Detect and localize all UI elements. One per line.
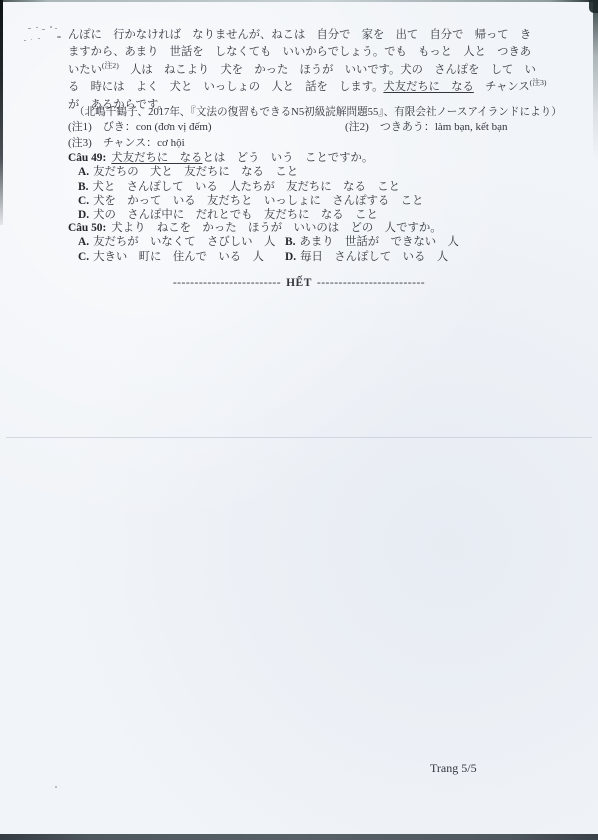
divider-dashes-right: -------------------------	[317, 277, 425, 289]
option-text: あまり 世話が できない 人	[299, 236, 458, 248]
note-2: (注2) つきあう：làm bạn, kết bạn	[345, 120, 508, 136]
scanned-exam-page: んぽに 行かなければ なりませんが、ねこは 自分で 家を 出て 自分で 帰って …	[0, 0, 598, 840]
question-49: Câu 49:犬友だちに なるとは どう いう ことですか。 A.友だちの 犬と…	[68, 151, 568, 222]
question-49-stem-text: とは どう いう ことですか。	[202, 152, 373, 164]
option-letter: C.	[78, 195, 89, 207]
end-divider: -------------------------HẾT------------…	[0, 277, 598, 289]
question-50-label: Câu 50:	[68, 222, 106, 234]
passage-text: 人は ねこより 犬を かった ほうが いいです。犬の さんぽを して い	[119, 64, 536, 76]
option-letter: C.	[78, 251, 89, 263]
question-49-option-a: A.友だちの 犬と 友だちに なる こと	[68, 165, 568, 179]
option-letter: A.	[78, 166, 89, 178]
page-number: Trang 5/5	[430, 761, 477, 776]
vocabulary-notes: (注1) びき：con (đơn vị đếm) (注2) つきあう：làm b…	[68, 120, 558, 151]
passage-text: んぽに 行かなければ なりませんが、ねこは 自分で 家を 出て 自分で 帰って …	[68, 29, 531, 41]
option-text: 友だちが いなくて さびしい 人	[93, 236, 275, 248]
passage-line-4: る 時には よく 犬と いっしょの 人と 話を します。犬友だちに なる チャン…	[68, 79, 558, 96]
notes-row-2: (注3) チャンス：cơ hội	[68, 136, 558, 152]
option-text: 毎日 さんぽして いる 人	[300, 251, 448, 263]
option-text: 大きい 町に 住んで いる 人	[93, 251, 264, 263]
scan-edge-left	[0, 0, 3, 225]
scan-speck	[55, 786, 57, 788]
note-3: (注3) チャンス：cơ hội	[68, 137, 185, 149]
note-1: (注1) びき：con (đơn vị đếm)	[68, 121, 212, 133]
option-letter: D.	[78, 209, 89, 221]
passage-text: チャンス	[474, 81, 530, 93]
source-citation: （北嶋千鶴子、2017年、『文法の復習もできるN5初級読解問題55』、有限会社ノ…	[74, 104, 562, 119]
question-50-option-b: B.あまり 世話が できない 人	[285, 235, 459, 249]
question-50: Câu 50:犬より ねこを かった ほうが いいのは どの 人ですか。 A.友…	[68, 221, 568, 264]
scan-corner-top-right	[589, 0, 598, 13]
reading-passage: んぽに 行かなければ なりませんが、ねこは 自分で 家を 出て 自分で 帰って …	[68, 27, 558, 114]
option-text: 犬と さんぽして いる 人たちが 友だちに なる こと	[92, 181, 400, 193]
option-letter: B.	[285, 236, 295, 248]
note-ref-3: (注3)	[530, 78, 547, 87]
question-49-stem: Câu 49:犬友だちに なるとは どう いう ことですか。	[68, 151, 568, 165]
passage-text: ますから、あまり 世話を しなくても いいからでしょう。でも もっと 人と つき…	[68, 46, 531, 58]
scan-edge-right	[593, 0, 598, 160]
paper-fold-line	[6, 437, 592, 438]
divider-dashes-left: -------------------------	[173, 277, 281, 289]
passage-line-3: いたい(注2) 人は ねこより 犬を かった ほうが いいです。犬の さんぽを …	[68, 62, 558, 79]
question-50-option-c: C.大きい 町に 住んで いる 人	[78, 251, 264, 263]
option-text: 犬を かって いる 友だちと いっしょに さんぽする こと	[93, 195, 423, 207]
underlined-phrase: 犬友だちに なる	[383, 81, 473, 93]
scan-edge-bottom	[0, 834, 598, 840]
question-49-option-b: B.犬と さんぽして いる 人たちが 友だちに なる こと	[68, 180, 568, 194]
option-letter: A.	[78, 236, 89, 248]
question-50-option-d: D.毎日 さんぽして いる 人	[285, 250, 448, 264]
note-ref-2: (注2)	[102, 61, 119, 70]
end-label: HẾT	[286, 277, 312, 289]
option-text: 友だちの 犬と 友だちに なる こと	[93, 166, 298, 178]
question-50-options-row-2: C.大きい 町に 住んで いる 人 D.毎日 さんぽして いる 人	[68, 250, 568, 264]
question-49-option-c: C.犬を かって いる 友だちと いっしょに さんぽする こと	[68, 194, 568, 208]
question-49-label: Câu 49:	[68, 152, 106, 164]
question-49-underlined: 犬友だちに なる	[111, 152, 202, 164]
question-50-stem-text: 犬より ねこを かった ほうが いいのは どの 人ですか。	[111, 222, 441, 234]
passage-line-1: んぽに 行かなければ なりませんが、ねこは 自分で 家を 出て 自分で 帰って …	[68, 27, 558, 44]
passage-line-2: ますから、あまり 世話を しなくても いいからでしょう。でも もっと 人と つき…	[68, 44, 558, 61]
passage-text: る 時には よく 犬と いっしょの 人と 話を します。	[68, 81, 383, 93]
question-50-option-a: A.友だちが いなくて さびしい 人	[78, 236, 275, 248]
question-50-stem: Câu 50:犬より ねこを かった ほうが いいのは どの 人ですか。	[68, 221, 568, 235]
pencil-marks	[24, 26, 72, 48]
option-letter: D.	[285, 251, 296, 263]
option-text: 犬の さんぽ中に だれとでも 友だちに なる こと	[93, 209, 378, 221]
option-letter: B.	[78, 181, 88, 193]
question-50-options-row-1: A.友だちが いなくて さびしい 人 B.あまり 世話が できない 人	[68, 235, 568, 249]
passage-text: いたい	[68, 64, 102, 76]
scan-edge-top	[0, 0, 598, 2]
notes-row-1: (注1) びき：con (đơn vị đếm) (注2) つきあう：làm b…	[68, 120, 558, 136]
